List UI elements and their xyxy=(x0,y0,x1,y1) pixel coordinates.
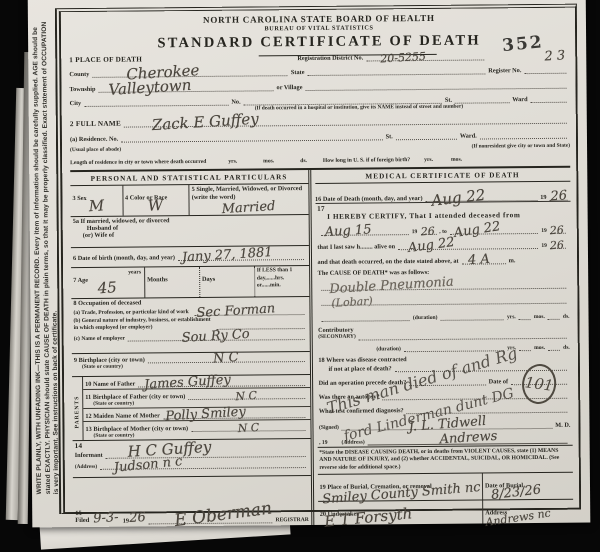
duration-ds-label: ds. xyxy=(563,314,570,320)
yrs2-label: yrs. xyxy=(424,157,433,163)
race-value: W xyxy=(148,198,164,214)
mother-bp-value: N C xyxy=(237,422,259,434)
m-label: m. xyxy=(509,257,516,264)
duration-mos-label: mos. xyxy=(534,314,545,320)
dotted-rule: 20-5255 xyxy=(366,51,484,61)
length-label: Length of residence in city or town wher… xyxy=(70,159,206,166)
married-to-block: 5a If married, widowed, or divorced Husb… xyxy=(71,215,309,248)
contributory-row: Contributory (SECONDARY) xyxy=(318,325,570,341)
duration2-ds-label: ds. xyxy=(563,345,570,351)
date-of-death-row: 16 Date of Death (month, day, and year) … xyxy=(315,182,571,204)
dotted-rule: Aug 22 xyxy=(398,240,538,250)
parents-block: PARENTS 10 Name of Father James Guffey 1… xyxy=(72,375,310,441)
sex-race-marital-row: 3 Sex M 4 Color or Race W 5 Single, Marr… xyxy=(70,184,308,217)
attended-from-value: Aug 15 xyxy=(324,223,371,239)
dotted-rule xyxy=(84,97,228,107)
where-contracted-label-2: if not at place of death? xyxy=(328,365,391,373)
certification-block: 17 I HEREBY CERTIFY, That I attended dec… xyxy=(315,202,573,447)
from-19-label: 19 xyxy=(412,229,418,235)
sex-value: M xyxy=(88,198,104,214)
violent-death-footnote: *State the DISEASE CAUSING DEATH, or in … xyxy=(317,445,573,475)
cause-value-2: (Lobar) xyxy=(331,295,373,309)
age-months-cell: Months xyxy=(145,267,200,297)
last-saw-value: Aug 22 xyxy=(407,236,455,255)
county-row: County Cherokee State Register No. xyxy=(69,65,569,78)
dotted-rule: Sec Forman xyxy=(194,306,304,316)
dotted-rule: Sou Ry Co xyxy=(128,331,304,342)
filed-19-label: 19 xyxy=(123,518,129,525)
residence-street-label: St. xyxy=(386,133,393,140)
registration-district-row: 1 PLACE OF DEATH Registration District N… xyxy=(69,51,569,64)
filed-year-value: 26 xyxy=(129,511,146,525)
race-cell: 4 Color or Race W xyxy=(123,185,190,216)
city-label: City xyxy=(70,100,82,107)
foreign-birth-label: How long in U. S. if of foreign birth? xyxy=(323,157,410,164)
residence-row: (a) Residence. No. St. Ward. (Usual plac… xyxy=(70,130,570,153)
dotted-rule: Valleytown xyxy=(99,82,274,93)
informant-block: 14 Informant H C Guffey (Address) Judson… xyxy=(73,439,311,478)
birthplace-block: 9 Birthplace (city or town) N C (State o… xyxy=(72,352,310,377)
place-of-death-label: 1 PLACE OF DEATH xyxy=(69,55,142,64)
filed-row: 15 Filed 9-3- 19 26 E Oberman REGISTRAR xyxy=(73,476,311,527)
personal-column: PERSONAL AND STATISTICAL PARTICULARS 3 S… xyxy=(70,170,314,527)
dotted-rule xyxy=(548,342,560,351)
dotted-rule: 4 A xyxy=(462,255,506,264)
employer-label: (c) Name of employer xyxy=(74,336,125,342)
full-name-row: 2 FULL NAME Zack E Guffey xyxy=(70,115,570,128)
dotted-rule: E Oberman xyxy=(149,514,273,524)
sex-cell: 3 Sex M xyxy=(70,186,123,216)
burial-row: 19 Place of Burial, Cremation, or remova… xyxy=(317,473,573,502)
certificate-number-handwritten: 2 3 xyxy=(544,49,565,52)
signature-rule: Andrews xyxy=(368,435,568,446)
date-of-label: Date of xyxy=(489,378,508,385)
city-row: City No. St. Ward (If death occurred in … xyxy=(70,94,570,113)
ds-label: ds. xyxy=(300,158,307,164)
dotted-rule xyxy=(307,65,485,76)
dotted-rule: Judson n c xyxy=(100,459,305,470)
signed-label: (Signed) xyxy=(319,425,339,431)
filed-number: 15 xyxy=(75,509,89,517)
full-name-value: Zack E Guffey xyxy=(152,112,260,134)
dotted-rule: Zack E Guffey xyxy=(124,115,567,128)
duration2-mos-label: mos. xyxy=(534,345,545,351)
sex-label: 3 Sex xyxy=(72,195,86,202)
dob-value: Jany 27, 1881 xyxy=(182,246,273,265)
dotted-rule: Aug 15 xyxy=(320,226,408,236)
age-days-cell: Days xyxy=(200,266,255,296)
duration-row: (duration) yrs. mos. ds. xyxy=(318,311,570,322)
residence-ward-label: Ward. xyxy=(460,133,477,140)
employer-value: Sou Ry Co xyxy=(182,328,251,345)
dotted-rule xyxy=(531,94,567,103)
last-saw-label: that I last saw h........ alive on xyxy=(317,243,395,251)
state-label: State xyxy=(291,69,305,76)
birthplace-sub: (State or country) xyxy=(82,362,308,370)
marital-cell: 5 Single, Married, Widowed, or Divorced … xyxy=(190,184,309,215)
dotted-rule: 26 xyxy=(550,240,566,249)
certificate-title: STANDARD CERTIFICATE OF DEATH xyxy=(69,32,569,53)
certificate-sheet: WRITE PLAINLY, WITH UNFADING INK—THIS IS… xyxy=(28,0,591,527)
street-number-label: No. xyxy=(231,99,240,106)
dod-label: 16 Date of Death (month, day, and year) xyxy=(315,195,423,203)
residence-sub-note: (Usual place of abode) xyxy=(70,147,121,153)
registration-district-value: 20-5255 xyxy=(380,51,426,65)
occupation-block: 8 Occupation of deceased (a) Trade, Prof… xyxy=(71,297,309,354)
attended-dates-row: Aug 15 19 26 , to Aug 22 19 26 xyxy=(317,225,569,236)
street-label: St. xyxy=(445,97,452,104)
attended-to-value: Aug 22 xyxy=(453,220,501,240)
mos-label: mos. xyxy=(263,158,274,164)
lastsaw-19-label: 19 xyxy=(541,243,547,249)
days-label: Days xyxy=(202,276,215,283)
dotted-rule: N C xyxy=(188,390,304,400)
dotted-rule: James Guffey xyxy=(138,377,304,387)
duration-label: (duration) xyxy=(413,315,438,321)
mother-birthplace-row: 13 Birthplace of Mother (city or town) N… xyxy=(83,420,310,440)
age-less-cell: If LESS than 1 day,......hrs. or......mi… xyxy=(255,266,309,296)
age-years-cell: 7 Age years 45 xyxy=(71,267,145,298)
dotted-rule xyxy=(244,95,442,106)
dotted-rule xyxy=(396,131,457,141)
dotted-rule: N C xyxy=(148,353,305,363)
dotted-rule: N C xyxy=(191,422,305,432)
medical-column: MEDICAL CERTIFICATE OF DEATH 16 Date of … xyxy=(311,168,574,525)
father-bp-sub: (State or country) xyxy=(93,399,308,407)
marital-label: 5 Single, Married, Widowed, or Divorced … xyxy=(192,185,306,201)
form-columns: PERSONAL AND STATISTICAL PARTICULARS 3 S… xyxy=(70,166,573,527)
less-than-day-label: If LESS than 1 day,......hrs. or......mi… xyxy=(257,267,307,290)
dotted-rule xyxy=(524,65,566,74)
duration2-label: (duration) xyxy=(376,346,401,352)
dotted-rule xyxy=(305,80,566,91)
village-label: or Village xyxy=(277,84,303,91)
residence-label: (a) Residence. No. xyxy=(70,136,118,143)
parents-label: PARENTS xyxy=(74,395,80,429)
dotted-rule: H C Guffey xyxy=(106,448,306,459)
last-saw-row: that I last saw h........ alive on Aug 2… xyxy=(317,240,569,251)
township-row: Township Valleytown or Village xyxy=(69,80,569,93)
certificate-frame: NORTH CAROLINA STATE BOARD OF HEALTH BUR… xyxy=(55,4,581,515)
dotted-rule: Aug 22 xyxy=(426,192,538,202)
dotted-rule: Aug 22 xyxy=(450,225,538,235)
to-label: , to xyxy=(439,229,447,235)
form-header: NORTH CAROLINA STATE BOARD OF HEALTH BUR… xyxy=(69,10,569,53)
from-year-value: 26 xyxy=(420,226,435,238)
to-year-value: 26 xyxy=(549,224,564,236)
nonresident-note: (If nonresident give city or town and St… xyxy=(472,143,571,150)
dotted-rule: Jany 27, 1881 xyxy=(178,251,304,261)
dotted-rule xyxy=(455,94,509,103)
cause-line-1: Double Pneumonia xyxy=(318,280,570,291)
filed-date-value: 9-3- xyxy=(93,511,119,526)
years-label: years xyxy=(128,269,141,275)
dotted-rule xyxy=(519,342,531,351)
duration2-row: (duration) yrs. mos. ds. xyxy=(318,342,570,353)
trade-label: (a) Trade, Profession, or particular kin… xyxy=(73,309,191,317)
father-label: 10 Name of Father xyxy=(85,381,135,388)
burial-date-cell: Date of Burial 8/23/26 xyxy=(483,473,573,500)
dotted-rule xyxy=(321,312,410,322)
age-label: 7 Age xyxy=(73,277,88,284)
dotted-rule: Polly Smiley xyxy=(163,409,305,419)
dotted-rule: (Lobar) xyxy=(321,295,567,306)
father-bp-value: N C xyxy=(235,390,257,402)
mother-label: 12 Maiden Name of Mother xyxy=(85,412,160,420)
certify-statement: I HEREBY CERTIFY, That I attended deceas… xyxy=(327,211,569,221)
full-name-label: 2 FULL NAME xyxy=(70,120,121,128)
county-label: County xyxy=(69,71,89,78)
father-birthplace-row: 11 Birthplace of Father (city or town) N… xyxy=(83,388,310,409)
marital-value: Married xyxy=(222,200,276,216)
filed-label: Filed xyxy=(75,517,89,525)
parents-band: PARENTS xyxy=(72,377,84,440)
certificate-number-stamp: 352 xyxy=(501,32,544,56)
year-19-label: , 19 xyxy=(319,440,327,446)
registrar-label: REGISTRAR xyxy=(276,517,309,523)
months-label: Months xyxy=(147,276,168,283)
death-time-value: 4 A xyxy=(467,253,490,267)
undertaker-row: 20 Undertaker E T Forsyth Address Andrew… xyxy=(318,500,574,525)
cause-line-2: (Lobar) xyxy=(318,295,570,306)
secondary-label: (SECONDARY) xyxy=(318,334,356,341)
dotted-rule: 26 xyxy=(549,192,567,201)
burial-place-cell: 19 Place of Burial, Cremation, or remova… xyxy=(317,474,483,501)
lastsaw-year-value: 26 xyxy=(550,239,565,251)
dotted-rule: 26 xyxy=(550,225,566,234)
township-label: Township xyxy=(69,86,95,93)
physician-address-value: Andrews xyxy=(439,430,497,447)
ward-label: Ward xyxy=(512,96,527,103)
dotted-rule xyxy=(440,311,504,321)
age-value: 45 xyxy=(98,280,118,296)
dotted-rule xyxy=(359,330,567,341)
duration-yrs-label: yrs. xyxy=(507,314,516,320)
dob-label: 6 Date of birth (month, day, and year) xyxy=(73,254,175,262)
father-bp-label: 11 Birthplace of Father (city or town) xyxy=(85,393,185,401)
informant-address-label: (Address) xyxy=(75,464,97,470)
death-time-row: and that death occurred, on the date sta… xyxy=(317,255,569,266)
dob-block: 6 Date of birth (month, day, and year) J… xyxy=(71,246,309,268)
undertaker-address-cell: Address Andrews nc xyxy=(483,500,573,524)
dotted-rule xyxy=(480,130,567,140)
dotted-rule: 26 xyxy=(420,226,436,235)
dod-19-label: 19 xyxy=(540,194,546,201)
md-label: M. D. xyxy=(555,422,570,429)
informant-label: Informant xyxy=(75,452,103,459)
undertaker-cell: 20 Undertaker E T Forsyth xyxy=(318,501,484,525)
register-no-label: Register No. xyxy=(488,67,521,74)
death-at-label: and that death occurred, on the date sta… xyxy=(318,258,459,266)
age-row: 7 Age years 45 Months Days If LESS than … xyxy=(71,266,309,299)
dotted-rule: Double Pneumonia xyxy=(321,280,567,291)
cause-value: Double Pneumonia xyxy=(328,275,453,296)
mother-bp-label: 13 Birthplace of Mother (city or town) xyxy=(85,425,188,433)
yrs-label: yrs. xyxy=(228,159,237,165)
to-19-label: 19 xyxy=(541,228,547,234)
township-value: Valleytown xyxy=(108,78,192,98)
birthplace-value: N C xyxy=(213,351,239,366)
dotted-rule xyxy=(548,311,560,320)
mos2-label: mos. xyxy=(451,157,462,163)
dotted-rule xyxy=(519,311,531,320)
